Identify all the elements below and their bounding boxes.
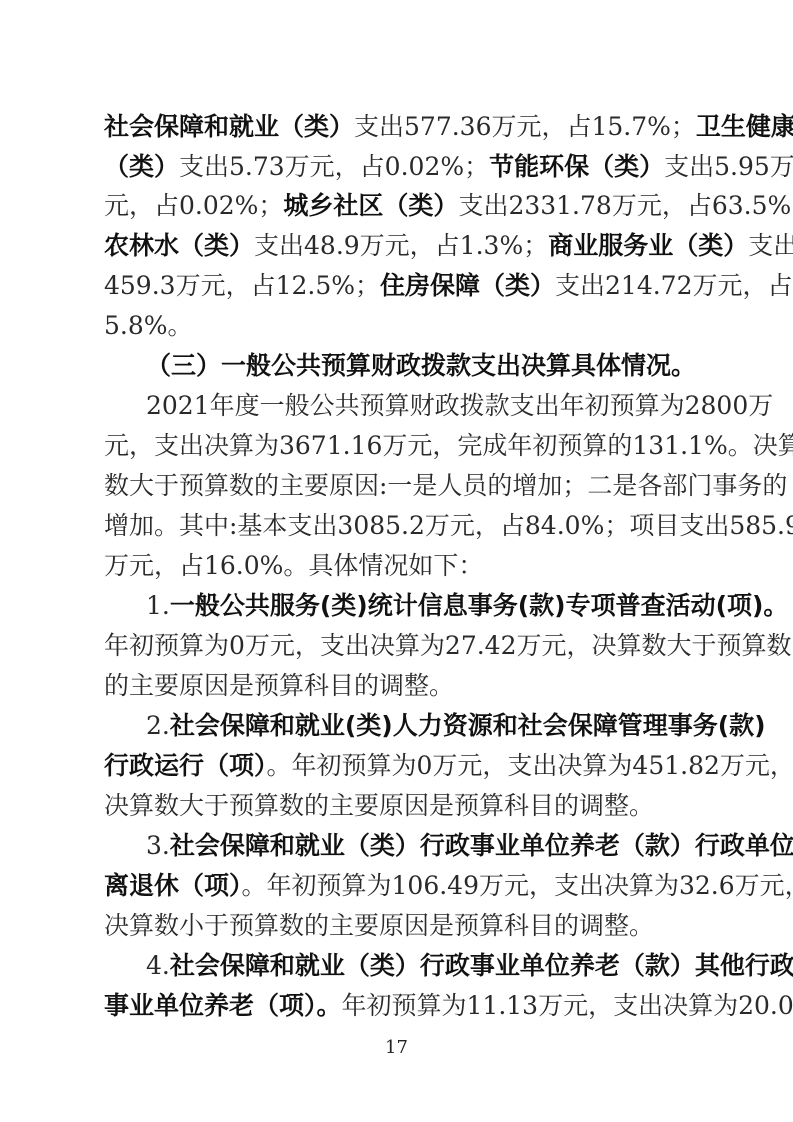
text-line: 年初预算为0万元，支出决算为27.42万元，决算数大于预算数 [104,626,690,666]
body-text: 元，支出决算为3671.16万元，完成年初预算的131.1%。决算 [104,431,793,460]
text-line: （类）支出5.73万元，占0.02%；节能环保（类）支出5.95万 [104,147,690,187]
bold-text: 社会保障和就业（类）行政事业单位养老（款）其他行政 [170,951,793,980]
body-text: 支出2331.78万元，占63.5%； [458,191,793,220]
body-text: 数大于预算数的主要原因:一是人员的增加；二是各部门事务的 [104,471,787,500]
text-line: 决算数小于预算数的主要原因是预算科目的调整。 [104,906,690,946]
document-page: 社会保障和就业（类）支出577.36万元，占15.7%；卫生健康（类）支出5.7… [0,0,793,1122]
bold-text: （类） [104,152,179,181]
body-text: 年初预算为0万元，支出决算为27.42万元，决算数大于预算数 [104,631,791,660]
body-text: 3. [146,831,170,860]
text-line: 1.一般公共服务(类)统计信息事务(款)专项普查活动(项)。 [146,586,690,626]
body-text: 支出 [748,231,793,260]
body-text: 2. [146,711,170,740]
body-text: 支出214.72万元，占 [555,271,792,300]
text-line: 459.3万元，占12.5%；住房保障（类）支出214.72万元，占 [104,266,690,306]
body-text: 2021年度一般公共预算财政拨款支出年初预算为2800万 [146,391,773,420]
bold-text: （三）一般公共预算财政拨款支出决算具体情况。 [146,351,696,380]
text-line: 增加。其中:基本支出3085.2万元，占84.0%；项目支出585.96 [104,506,690,546]
bold-text: 离退休（项） [104,871,242,900]
body-text: 支出48.9万元，占1.3%； [254,231,548,260]
text-line: （三）一般公共预算财政拨款支出决算具体情况。 [146,346,690,386]
text-line: 4.社会保障和就业（类）行政事业单位养老（款）其他行政 [146,946,690,986]
bold-text: 一般公共服务(类)统计信息事务(款)专项普查活动(项)。 [170,591,789,620]
text-line: 社会保障和就业（类）支出577.36万元，占15.7%；卫生健康 [104,107,690,147]
bold-text: 农林水（类） [104,231,254,260]
body-text: 增加。其中:基本支出3085.2万元，占84.0%；项目支出585.96 [104,511,793,540]
text-line: 事业单位养老（项）。年初预算为11.13万元，支出决算为20.05 [104,986,690,1026]
bold-text: 卫生健康 [696,112,793,141]
text-line: 元，支出决算为3671.16万元，完成年初预算的131.1%。决算 [104,426,690,466]
body-text: 。年初预算为106.49万元，支出决算为32.6万元， [242,871,793,900]
text-line: 万元，占16.0%。具体情况如下： [104,546,690,586]
text-line: 离退休（项）。年初预算为106.49万元，支出决算为32.6万元， [104,866,690,906]
body-text: 的主要原因是预算科目的调整。 [104,671,454,700]
body-text: 决算数小于预算数的主要原因是预算科目的调整。 [104,911,654,940]
body-text: 元，占0.02%； [104,191,283,220]
body-text: 年初预算为11.13万元，支出决算为20.05 [342,991,793,1020]
body-text: 万元，占16.0%。具体情况如下： [104,551,483,580]
body-text: 459.3万元，占12.5%； [104,271,380,300]
body-text: 支出5.95万 [664,152,793,181]
bold-text: 行政运行（项） [104,751,267,780]
text-line: 行政运行（项）。年初预算为0万元，支出决算为451.82万元， [104,746,690,786]
text-line: 3.社会保障和就业（类）行政事业单位养老（款）行政单位 [146,826,690,866]
bold-text: 社会保障和就业（类） [104,112,354,141]
page-number: 17 [0,1036,793,1060]
body-text: 。年初预算为0万元，支出决算为451.82万元， [267,751,793,780]
body-text: 5.8%。 [104,311,193,340]
bold-text: 住房保障（类） [380,271,555,300]
bold-text: 事业单位养老（项）。 [104,991,342,1020]
text-line: 5.8%。 [104,306,690,346]
text-line: 数大于预算数的主要原因:一是人员的增加；二是各部门事务的 [104,466,690,506]
text-line: 农林水（类）支出48.9万元，占1.3%；商业服务业（类）支出 [104,226,690,266]
bold-text: 社会保障和就业(类)人力资源和社会保障管理事务(款) [170,711,766,740]
body-text: 支出577.36万元，占15.7%； [354,112,696,141]
text-line: 2.社会保障和就业(类)人力资源和社会保障管理事务(款) [146,706,690,746]
bold-text: 商业服务业（类） [548,231,748,260]
text-line: 的主要原因是预算科目的调整。 [104,666,690,706]
text-line: 元，占0.02%；城乡社区（类）支出2331.78万元，占63.5%； [104,186,690,226]
body-text: 4. [146,951,170,980]
body-text: 1. [146,591,170,620]
body-text: 支出5.73万元，占0.02%； [179,152,489,181]
bold-text: 城乡社区（类） [283,191,458,220]
body-text: 决算数大于预算数的主要原因是预算科目的调整。 [104,791,654,820]
bold-text: 社会保障和就业（类）行政事业单位养老（款）行政单位 [170,831,793,860]
bold-text: 节能环保（类） [489,152,664,181]
text-line: 2021年度一般公共预算财政拨款支出年初预算为2800万 [146,386,690,426]
text-line: 决算数大于预算数的主要原因是预算科目的调整。 [104,786,690,826]
